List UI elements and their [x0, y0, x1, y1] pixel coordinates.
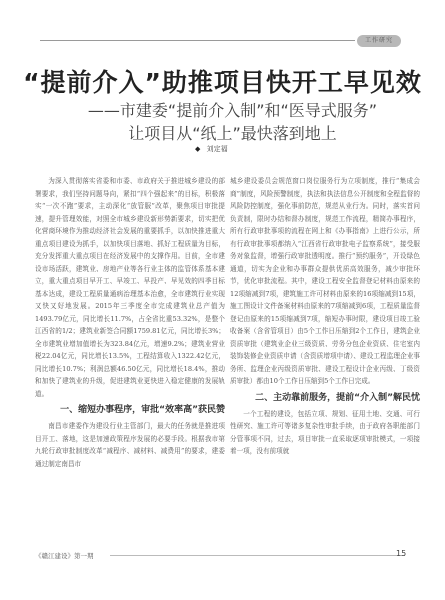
section-heading-1: 一、缩短办事程序，审批“效率高”获民赞	[35, 404, 225, 417]
footer-rule	[110, 555, 405, 556]
article-subtitle-line1: ——市建委“提前介入制”和“医导式服务”	[10, 98, 445, 121]
section1-paragraph: 南昌市建委作为建设行业主管部门，最大的任务就是推进项目开工、落地，这是加速政策程…	[35, 420, 225, 470]
section2-paragraph: 一个工程的建设，包括立项、规划、征用土地、交通、可行性研究、施工许可等诸多复杂性…	[230, 408, 420, 458]
article-subtitle-line2: 让项目从“纸上”最快落到地上	[10, 121, 445, 144]
left-column: 为深入贯彻落实省委和市委、市政府关于推进城乡建设的部署要求，我们坚持问题导向，紧…	[35, 175, 225, 470]
article-title: “提前介入”助推项目快开工早见效	[0, 63, 445, 99]
author-name: 刘定福	[207, 145, 228, 153]
intro-paragraph: 为深入贯彻落实省委和市委、市政府关于推进城乡建设的部署要求，我们坚持问题导向，紧…	[35, 175, 225, 400]
header-rule	[40, 40, 355, 41]
author-byline: ◆ 刘定福	[195, 144, 228, 154]
section-tag: 工作研究	[357, 35, 401, 47]
journal-name: 《赣江建设》第一期	[35, 551, 94, 560]
page-number: 15	[396, 549, 406, 558]
right-column: 城乡建设委员会规范窗口岗位服务行为立项制度，推行“集成会商”制度，风险预警制度，…	[230, 175, 420, 458]
section-heading-2: 二、主动靠前服务，提前“介入制”解民忧	[230, 392, 420, 405]
diamond-icon: ◆	[195, 145, 200, 153]
continued-paragraph: 城乡建设委员会规范窗口岗位服务行为立项制度，推行“集成会商”制度，风险预警制度，…	[230, 175, 420, 388]
